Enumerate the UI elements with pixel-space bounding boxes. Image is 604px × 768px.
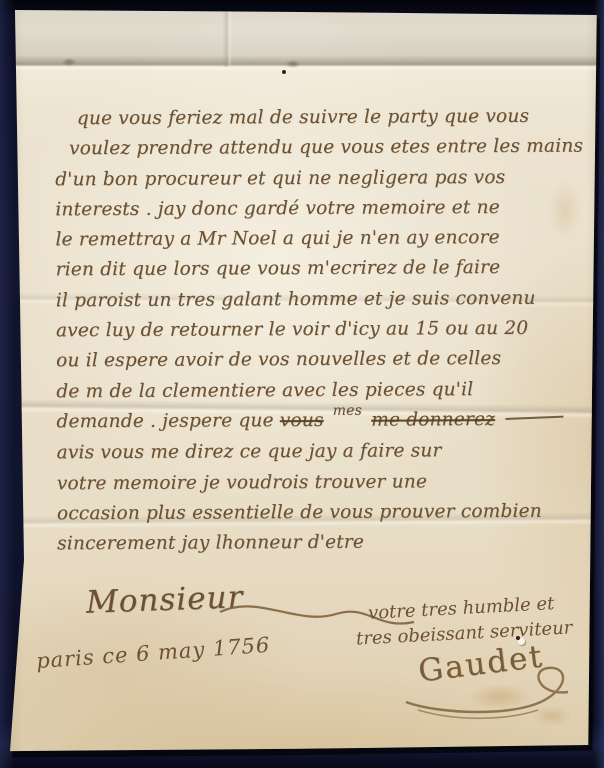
letter-line: le remettray a Mr Noel a qui je n'en ay … bbox=[55, 223, 555, 256]
fold-crease-top bbox=[0, 55, 604, 71]
struck-out-word: vous bbox=[280, 410, 324, 431]
correction-pre-text: demande . jespere que bbox=[56, 410, 273, 432]
letter-line: voulez prendre attendu que vous etes ent… bbox=[55, 132, 555, 165]
photo-of-letter: que vous feriez mal de suivre le party q… bbox=[0, 0, 604, 768]
vertical-crease bbox=[222, 12, 232, 67]
letter-line: rien dit que lors que vous m'ecrirez de … bbox=[56, 253, 556, 286]
letter-line: avis vous me direz ce que jay a faire su… bbox=[57, 436, 557, 469]
letter-line: de m de la clementiere avec les pieces q… bbox=[56, 374, 556, 407]
letter-line: d'un bon procureur et qui ne negligera p… bbox=[55, 162, 555, 195]
letter-body: que vous feriez mal de suivre le party q… bbox=[55, 102, 557, 560]
struck-out-words: me donnerez bbox=[371, 409, 495, 431]
letter-line: interests . jay donc gardé votre memoire… bbox=[55, 193, 555, 226]
letter-line-with-correction: demande . jespere que vous mes me donner… bbox=[56, 405, 556, 439]
letter-line: occasion plus essentielle de vous prouve… bbox=[57, 497, 557, 530]
strikeout-tail-line bbox=[505, 416, 563, 420]
paper-dimple bbox=[62, 58, 76, 66]
inserted-word-above: mes bbox=[333, 403, 362, 419]
letter-line: ou il espere avoir de vos nouvelles et d… bbox=[56, 344, 556, 377]
paper-dimple bbox=[286, 60, 300, 68]
letter-line: sincerement jay lhonneur d'etre bbox=[57, 527, 557, 560]
foxing-stain bbox=[468, 684, 532, 710]
foxing-stain bbox=[532, 706, 572, 726]
letter-line: avec luy de retourner le voir d'icy au 1… bbox=[56, 314, 556, 347]
letter-line: que vous feriez mal de suivre le party q… bbox=[55, 102, 555, 135]
letter-line: il paroist un tres galant homme et je su… bbox=[56, 283, 556, 316]
letter-line: votre memoire je voudrois trouver une bbox=[57, 466, 557, 499]
ink-speck bbox=[282, 70, 286, 74]
salutation: Monsieur bbox=[85, 579, 243, 620]
